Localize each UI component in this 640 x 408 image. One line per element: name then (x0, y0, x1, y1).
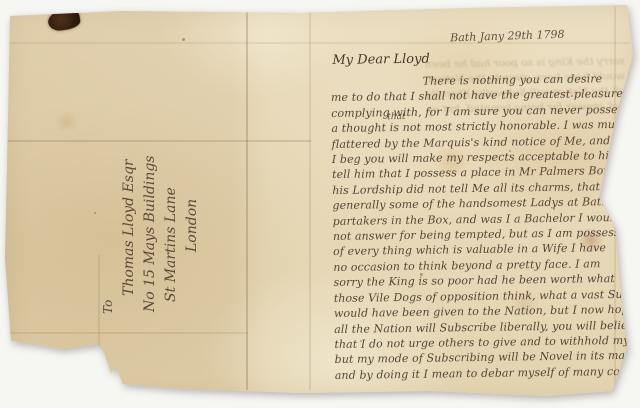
address-line: Thomas Lloyd Esqr (119, 138, 140, 318)
address-panel: To Thomas Lloyd EsqrNo 15 Mays Buildings… (98, 138, 218, 318)
dateline: Bath Jany 29th 1798 (450, 28, 565, 45)
address-line: No 15 Mays Buildings (140, 138, 161, 318)
ink-speck (182, 38, 185, 41)
scan-background: sorry the King is so poor had he been wo… (0, 0, 640, 408)
letter-body: There is nothing you can desireme to do … (331, 71, 637, 383)
address-lines: Thomas Lloyd EsqrNo 15 Mays BuildingsSt … (119, 138, 203, 318)
address-line: St Martins Lane (161, 138, 182, 318)
fold-crease (4, 332, 248, 334)
stain (52, 112, 80, 132)
letter-line: and by doing it I mean to debar myself o… (335, 363, 637, 383)
salutation: My Dear Lloyd (332, 52, 429, 68)
letter-text: Bath Jany 29th 1798 My Dear Lloyd that T… (330, 24, 637, 398)
address-to: To (98, 138, 119, 318)
letter-paper-wrapper: sorry the King is so poor had he been wo… (0, 0, 640, 408)
wax-seal-remnant (47, 8, 82, 33)
ink-speck (94, 212, 96, 214)
letter-paper: sorry the King is so poor had he been wo… (0, 0, 640, 408)
fold-crease (309, 12, 311, 390)
address-line: London (182, 138, 203, 318)
